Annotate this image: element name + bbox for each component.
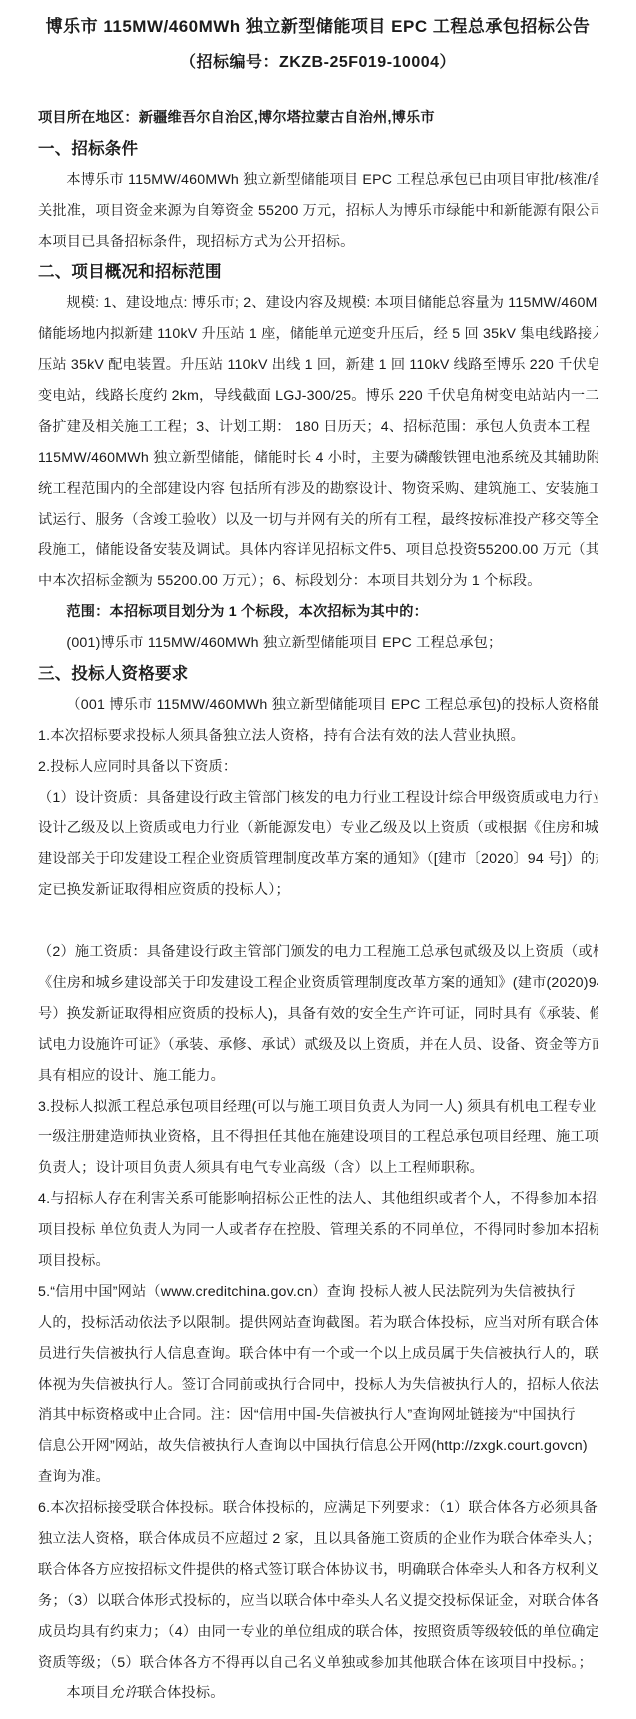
text-line: （001 博乐市 115MW/460MWh 独立新型储能项目 EPC 工程总承包… (38, 690, 598, 721)
text-line: 定已换发新证取得相应资质的投标人）； (38, 875, 598, 906)
text-line: 员进行失信被执行人信息查询。联合体中有一个或一个以上成员属于失信被执行人的，联合 (38, 1339, 598, 1370)
text-segment: 联合体投标。 (138, 1685, 224, 1701)
text-line: 建设部关于印发建设工程企业资质管理制度改革方案的通知》（[建市〔2020〕94 … (38, 844, 598, 875)
text-line: 本博乐市 115MW/460MWh 独立新型储能项目 EPC 工程总承包已由项目… (38, 165, 598, 196)
text-line: 消其中标资格或中止合同。注：因“信用中国-失信被执行人”查询网址链接为“中国执行 (38, 1400, 598, 1431)
text-line: 二、项目概况和招标范围 (38, 257, 598, 288)
text-line: 115MW/460MWh 独立新型储能，储能时长 4 小时，主要为磷酸铁锂电池系… (38, 443, 598, 474)
text-line: 变电站，线路长度约 2km，导线截面 LGJ-300/25。博乐 220 千伏皂… (38, 381, 598, 412)
document-header: 博乐市 115MW/460MWh 独立新型储能项目 EPC 工程总承包招标公告 … (0, 14, 636, 76)
text-line: 试运行、服务（含竣工验收）以及一切与并网有关的所有工程，最终按标准投产移交等全阶 (38, 505, 598, 536)
text-line: 查询为准。 (38, 1462, 598, 1493)
text-line: 规模: 1、建设地点: 博乐市; 2、建设内容及规模: 本项目储能总容量为 11… (38, 288, 598, 319)
emphasized-text: 允许 (110, 1685, 139, 1701)
text-line: 试电力设施许可证》（承装、承修、承试）贰级及以上资质，并在人员、设备、资金等方面 (38, 1030, 598, 1061)
text-line: 备扩建及相关施工工程；3、计划工期： 180 日历天；4、招标范围：承包人负责本… (38, 412, 598, 443)
text-line: 务；（3）以联合体形式投标的，应当以联合体中牵头人名义提交投标保证金，对联合体各 (38, 1586, 598, 1617)
text-line: 《住房和城乡建设部关于印发建设工程企业资质管理制度改革方案的通知》(建市(202… (38, 968, 598, 999)
text-segment: 本项目 (66, 1685, 109, 1701)
text-line: 资质等级；（5）联合体各方不得再以自己名义单独或参加其他联合体在该项目中投标。； (38, 1648, 598, 1679)
text-line: 3.投标人拟派工程总承包项目经理(可以与施工项目负责人为同一人) 须具有机电工程… (38, 1092, 598, 1123)
text-line: 信息公开网”网站，故失信被执行人查询以中国执行信息公开网(http://zxgk… (38, 1431, 598, 1462)
text-line: 6.本次招标接受联合体投标。联合体投标的，应满足下列要求：（1）联合体各方必须具… (38, 1493, 598, 1524)
text-line: （2）施工资质：具备建设行政主管部门颁发的电力工程施工总承包贰级及以上资质（或根… (38, 937, 598, 968)
document-title: 博乐市 115MW/460MWh 独立新型储能项目 EPC 工程总承包招标公告 (0, 14, 636, 40)
text-line: （1）设计资质：具备建设行政主管部门核发的电力行业工程设计综合甲级资质或电力行业 (38, 783, 598, 814)
text-line: 范围：本招标项目划分为 1 个标段，本次招标为其中的： (38, 597, 598, 628)
text-line: 储能场地内拟新建 110kV 升压站 1 座，储能单元逆变升压后，经 5 回 3… (38, 319, 598, 350)
text-line: 体视为失信被执行人。签订合同前或执行合同中，投标人为失信被执行人的，招标人依法取 (38, 1370, 598, 1401)
text-line: 负责人；设计项目负责人须具有电气专业高级（含）以上工程师职称。 (38, 1153, 598, 1184)
text-line: 4.与招标人存在利害关系可能影响招标公正性的法人、其他组织或者个人，不得参加本招… (38, 1184, 598, 1215)
text-line: 一级注册建造师执业资格，且不得担任其他在施建设项目的工程总承包项目经理、施工项目 (38, 1122, 598, 1153)
tender-number: （招标编号：ZKZB-25F019-10004） (0, 50, 636, 76)
text-line: 具有相应的设计、施工能力。 (38, 1061, 598, 1092)
text-line: 压站 35kV 配电装置。升压站 110kV 出线 1 回，新建 1 回 110… (38, 350, 598, 381)
text-line: 本项目已具备招标条件，现招标方式为公开招标。 (38, 227, 598, 258)
text-line: 2.投标人应同时具备以下资质： (38, 752, 598, 783)
text-line: 段施工，储能设备安装及调试。具体内容详见招标文件5、项目总投资55200.00 … (38, 535, 598, 566)
text-line: 中本次招标金额为 55200.00 万元）；6、标段划分：本项目共划分为 1 个… (38, 566, 598, 597)
text-line: 项目所在地区：新疆维吾尔自治区,博尔塔拉蒙古自治州,博乐市 (38, 103, 598, 134)
text-line: 设计乙级及以上资质或电力行业（新能源发电）专业乙级及以上资质（或根据《住房和城乡 (38, 813, 598, 844)
text-line: (001)博乐市 115MW/460MWh 独立新型储能项目 EPC 工程总承包… (38, 628, 598, 659)
text-line: 号）换发新证取得相应资质的投标人)，具备有效的安全生产许可证，同时具有《承装、修… (38, 999, 598, 1030)
text-line: 关批准，项目资金来源为自筹资金 55200 万元，招标人为博乐市绿能中和新能源有… (38, 196, 598, 227)
tender-announcement-document: 博乐市 115MW/460MWh 独立新型储能项目 EPC 工程总承包招标公告 … (0, 0, 636, 1719)
text-line: 三、投标人资格要求 (38, 659, 598, 690)
text-line: 成员均具有约束力；（4）由同一专业的单位组成的联合体，按照资质等级较低的单位确定 (38, 1617, 598, 1648)
text-line: 5.“信用中国”网站（www.creditchina.gov.cn）查询 投标人… (38, 1277, 598, 1308)
text-line: 项目投标 单位负责人为同一人或者存在控股、管理关系的不同单位，不得同时参加本招标 (38, 1215, 598, 1246)
text-line: 1.本次招标要求投标人须具备独立法人资格，持有合法有效的法人营业执照。 (38, 721, 598, 752)
text-line: 统工程范围内的全部建设内容 包括所有涉及的勘察设计、物资采购、建筑施工、安装施工… (38, 474, 598, 505)
text-line: 独立法人资格，联合体成员不应超过 2 家，且以具备施工资质的企业作为联合体牵头人… (38, 1524, 598, 1555)
document-lines: 项目所在地区：新疆维吾尔自治区,博尔塔拉蒙古自治州,博乐市一、招标条件本博乐市 … (0, 103, 636, 1709)
text-line: 联合体各方应按招标文件提供的格式签订联合体协议书，明确联合体牵头人和各方权利义 (38, 1555, 598, 1586)
text-line: 本项目允许联合体投标。 (38, 1678, 598, 1709)
text-line: 人的，投标活动依法予以限制。提供网站查询截图。若为联合体投标，应当对所有联合体成 (38, 1308, 598, 1339)
text-line: 一、招标条件 (38, 134, 598, 165)
blank-line (38, 906, 598, 937)
text-line: 项目投标。 (38, 1246, 598, 1277)
